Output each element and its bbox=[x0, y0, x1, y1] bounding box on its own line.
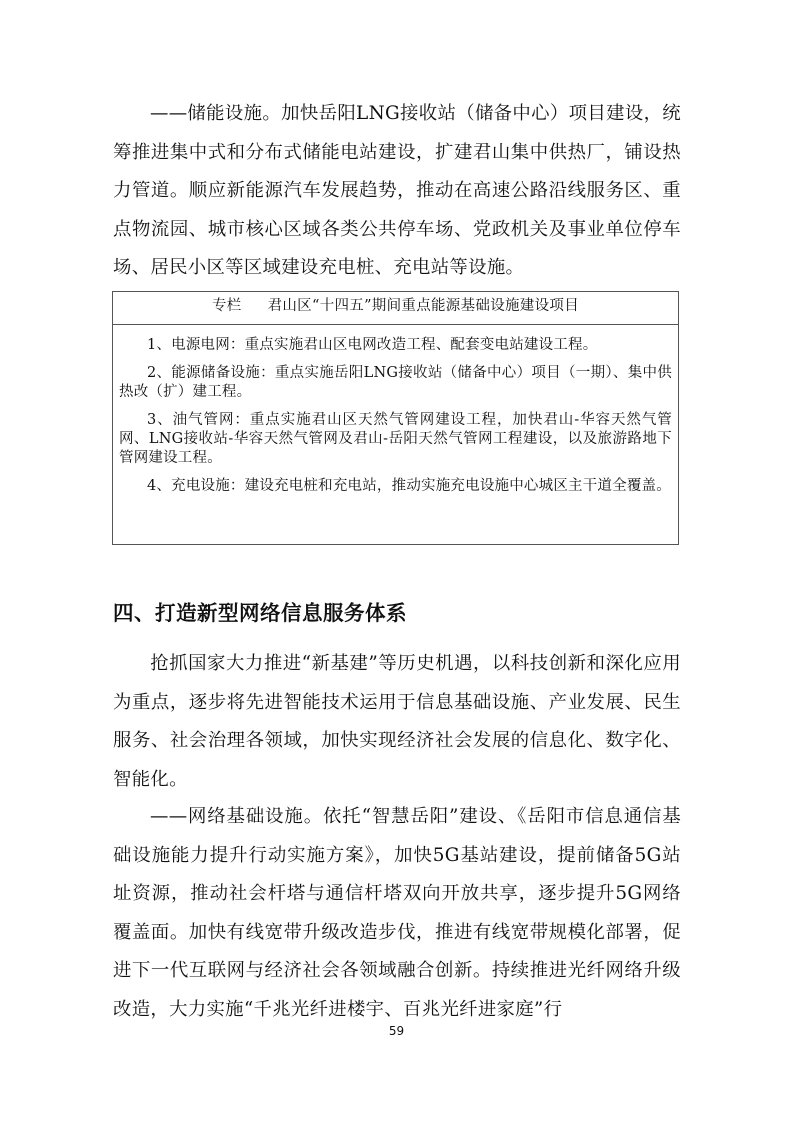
column-item: 3、油气管网：重点实施君山区天然气管网建设工程，加快君山-华容天然气管网、LNG… bbox=[119, 411, 672, 468]
column-item-text: 2、能源储备设施：重点实施岳阳LNG接收站（储备中心）项目（一期）、集中供热改（… bbox=[119, 365, 672, 400]
column-label: 专栏 bbox=[212, 298, 242, 314]
column-box-body: 1、电源电网：重点实施君山区电网改造工程、配套变电站建设工程。 2、能源储备设施… bbox=[113, 325, 678, 496]
paragraph-text: ——储能设施。加快岳阳LNG接收站（储备中心）项目建设，统筹推进集中式和分布式储… bbox=[113, 103, 681, 278]
page-number: 59 bbox=[0, 1024, 793, 1038]
paragraph-intro: 抢抓国家大力推进“新基建”等历史机遇，以科技创新和深化应用为重点，逐步将先进智能… bbox=[113, 645, 681, 799]
paragraph-text: ——网络基础设施。依托“智慧岳阳”建设、《岳阳市信息通信基础设施能力提升行动实施… bbox=[113, 806, 681, 1020]
section-heading: 四、打造新型网络信息服务体系 bbox=[113, 596, 407, 626]
column-box-header: 专栏君山区“十四五”期间重点能源基础设施建设项目 bbox=[113, 292, 678, 325]
paragraph-text: 抢抓国家大力推进“新基建”等历史机遇，以科技创新和深化应用为重点，逐步将先进智能… bbox=[113, 653, 681, 790]
column-item-text: 1、电源电网：重点实施君山区电网改造工程、配套变电站建设工程。 bbox=[147, 337, 597, 353]
column-item: 1、电源电网：重点实施君山区电网改造工程、配套变电站建设工程。 bbox=[119, 336, 672, 355]
column-item: 2、能源储备设施：重点实施岳阳LNG接收站（储备中心）项目（一期）、集中供热改（… bbox=[119, 364, 672, 402]
column-item-text: 4、充电设施：建设充电桩和充电站，推动实施充电设施中心城区主干道全覆盖。 bbox=[147, 478, 671, 494]
column-box: 专栏君山区“十四五”期间重点能源基础设施建设项目 1、电源电网：重点实施君山区电… bbox=[112, 291, 679, 545]
paragraph-network: ——网络基础设施。依托“智慧岳阳”建设、《岳阳市信息通信基础设施能力提升行动实施… bbox=[113, 798, 681, 1029]
column-item-text: 3、油气管网：重点实施君山区天然气管网建设工程，加快君山-华容天然气管网、LNG… bbox=[119, 412, 672, 466]
paragraph-energy-storage: ——储能设施。加快岳阳LNG接收站（储备中心）项目建设，统筹推进集中式和分布式储… bbox=[113, 95, 681, 288]
column-item: 4、充电设施：建设充电桩和充电站，推动实施充电设施中心城区主干道全覆盖。 bbox=[119, 477, 672, 496]
column-title: 君山区“十四五”期间重点能源基础设施建设项目 bbox=[268, 298, 579, 314]
